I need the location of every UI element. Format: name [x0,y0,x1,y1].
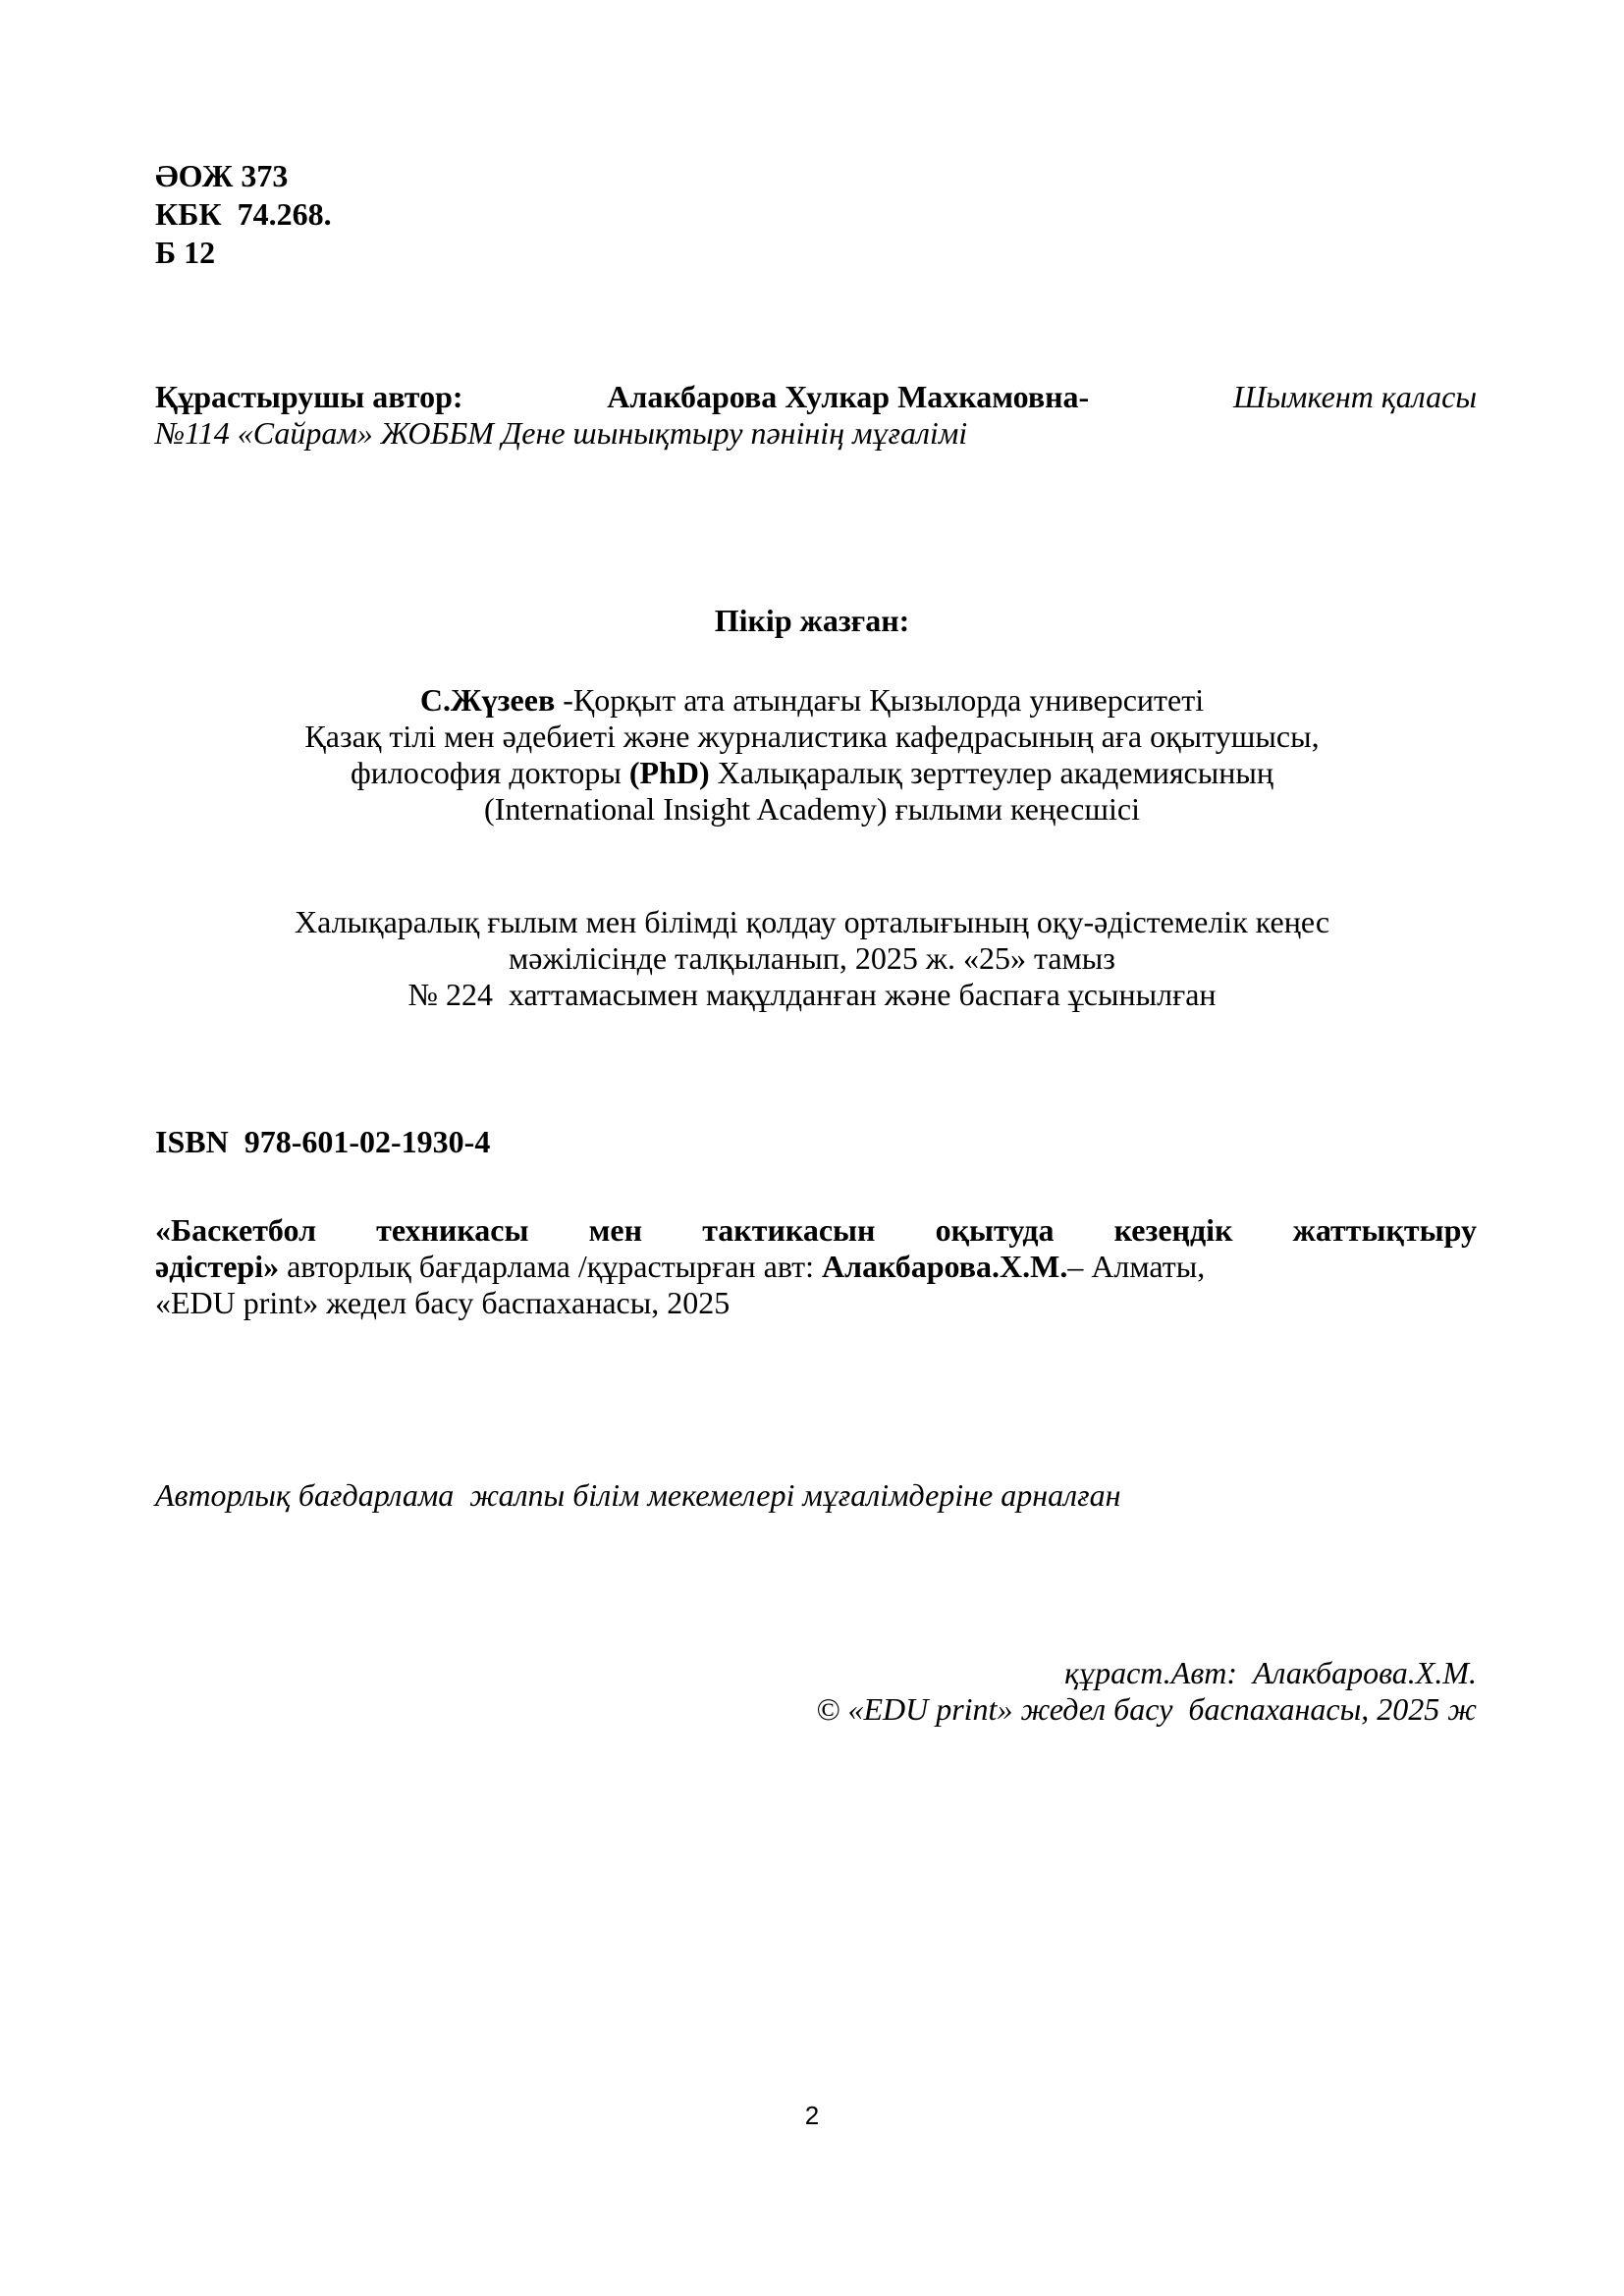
review-heading: Пікір жазған: [0,603,1624,639]
book-city: – Алматы, [1067,1249,1205,1284]
compiler-info: Құрастырушы автор: Алакбарова Хулкар Мах… [155,379,1477,452]
page-number: 2 [0,2101,1624,2130]
reviewer-academy: Халықаралық зерттеулер академиясының [710,755,1273,790]
compiler-city: Шымкент қаласы [1233,379,1477,415]
book-title-line-2: әдістері» авторлық бағдарлама /құрастырғ… [155,1249,1477,1285]
book-title-line-1: «Баскетболтехникасыментактикасыноқытудак… [155,1212,1477,1249]
book-title-word: «Баскетбол [155,1212,316,1249]
book-title-word: техникасы [376,1212,528,1249]
book-title-word: мен [589,1212,642,1249]
compiler-affiliation: №114 «Сайрам» ЖОББМ Дене шынықтыру пәнін… [155,415,1477,452]
reviewer-degree-abbr: (PhD) [629,755,710,790]
reviewer-info: С.Жүзеев -Қорқыт ата атындағы Қызылорда … [0,682,1624,828]
book-author: Алакбарова.Х.М. [822,1249,1067,1284]
signoff: құраст.Авт: Алакбарова.Х.М. © «EDU print… [816,1655,1477,1728]
reviewer-council: (International Insight Academy) ғылыми к… [0,791,1624,828]
book-title-end: әдістері» [155,1249,279,1284]
reviewer-name: С.Жүзеев [420,682,555,718]
bibliographic-description: «Баскетболтехникасыментактикасыноқытудак… [155,1212,1477,1321]
book-title-word: оқытуда [936,1212,1055,1249]
compiler-label: Құрастырушы автор: [155,379,463,415]
approval-line-2: мәжілісінде талқыланып, 2025 ж. «25» там… [0,940,1624,977]
compiler-name: Алакбарова Хулкар Махкамовна- [607,379,1089,415]
author-mark: Б 12 [155,234,332,272]
udc-code: ӘОЖ 373 [155,157,332,195]
reviewer-institution: -Қорқыт ата атындағы Қызылорда университ… [555,682,1204,718]
classification-codes: ӘОЖ 373 КБК 74.268. Б 12 [155,157,332,272]
approval-line-3: № 224 хаттамасымен мақұлданған және басп… [0,977,1624,1013]
reviewer-position: Қазақ тілі мен әдебиеті және журналистик… [0,719,1624,755]
reviewer-degree: философия докторы [351,755,629,790]
approval-statement: Халықаралық ғылым мен білімді қолдау орт… [0,904,1624,1013]
book-type: авторлық бағдарлама /құрастырған авт: [279,1249,822,1284]
audience-note: Авторлық бағдарлама жалпы білім мекемеле… [155,1477,1120,1514]
approval-line-1: Халықаралық ғылым мен білімді қолдау орт… [0,904,1624,940]
book-title-word: жаттықтыру [1293,1212,1477,1249]
signoff-compiler: құраст.Авт: Алакбарова.Х.М. [816,1655,1477,1691]
book-title-word: кезеңдік [1114,1212,1233,1249]
book-publisher: «EDU print» жедел басу баспаханасы, 2025 [155,1285,1477,1321]
isbn: ISBN 978-601-02-1930-4 [155,1124,490,1160]
book-title-word: тактикасын [702,1212,875,1249]
lbc-code: КБК 74.268. [155,195,332,234]
signoff-copyright: © «EDU print» жедел басу баспаханасы, 20… [816,1691,1477,1728]
